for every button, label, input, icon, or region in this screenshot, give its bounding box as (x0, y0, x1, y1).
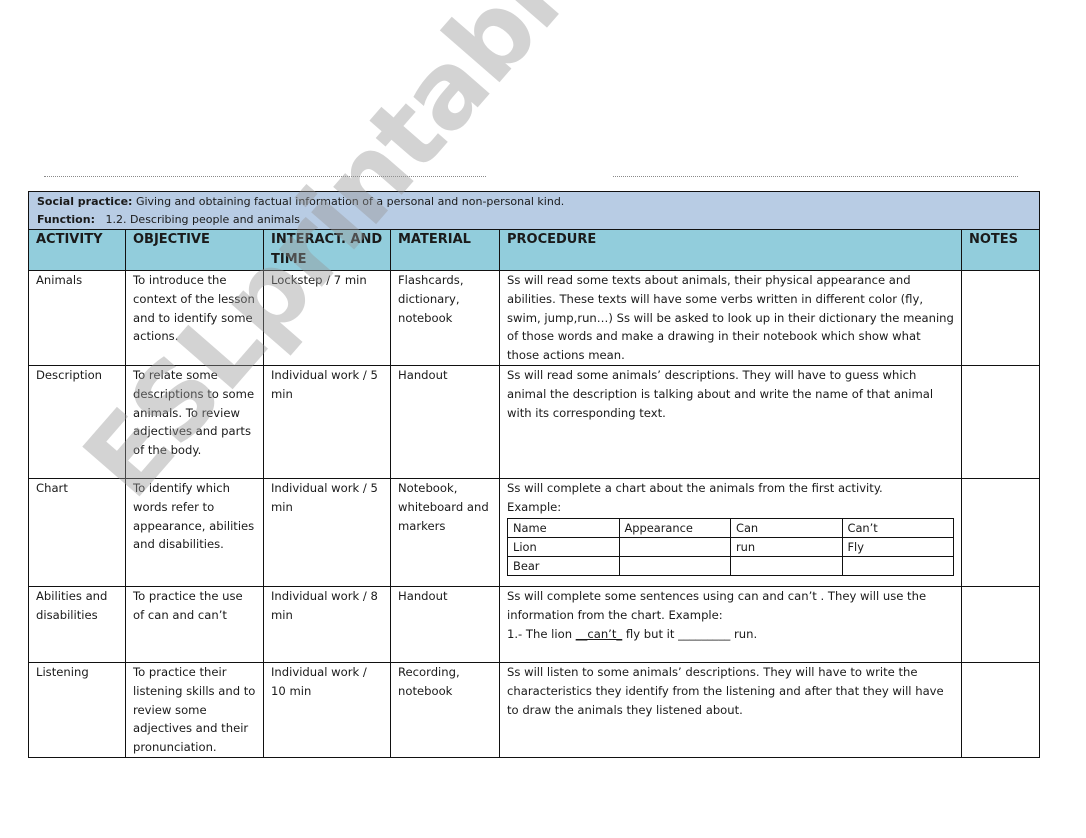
procedure-text: Ss will complete a chart about the anima… (507, 479, 954, 498)
example-chart-header-row: Name Appearance Can Can’t (508, 518, 954, 537)
notes-cell (962, 366, 1040, 479)
procedure-example-sentence: 1.- The lion __can’t_ fly but it _______… (507, 625, 954, 644)
procedure-cell: Ss will read some animals’ descriptions.… (500, 366, 962, 479)
example-suffix: run. (730, 627, 757, 641)
example-chart-table: Name Appearance Can Can’t Lion run Fly B… (507, 518, 954, 576)
procedure-text: Ss will complete some sentences using ca… (507, 587, 954, 625)
material-cell: Handout (391, 587, 500, 663)
signature-line-right (613, 176, 1018, 177)
example-chart-header: Can (731, 518, 843, 537)
example-chart-header: Name (508, 518, 620, 537)
example-blank: _________ (678, 627, 730, 641)
notes-cell (962, 271, 1040, 366)
example-answer: __can’t_ (576, 627, 622, 641)
interaction-time-cell: Individual work / 5 min (264, 479, 391, 587)
material-cell: Recording, notebook (391, 663, 500, 758)
procedure-cell: Ss will complete a chart about the anima… (500, 479, 962, 587)
procedure-example-label: Example: (507, 498, 954, 517)
column-header-interaction-time: INTERACT. AND TIME (264, 230, 391, 271)
procedure-cell: Ss will listen to some animals’ descript… (500, 663, 962, 758)
example-chart-cell: Fly (842, 537, 954, 556)
example-chart-cell (731, 556, 843, 575)
notes-cell (962, 663, 1040, 758)
example-chart-cell (619, 537, 731, 556)
objective-cell: To identify which words refer to appeara… (126, 479, 264, 587)
function-text: 1.2. Describing people and animals (105, 213, 300, 226)
example-chart-row: Lion run Fly (508, 537, 954, 556)
table-row: Description To relate some descriptions … (29, 366, 1040, 479)
example-chart-cell (842, 556, 954, 575)
signature-line-left (44, 176, 486, 177)
notes-cell (962, 479, 1040, 587)
social-practice-cell: Social practice: Giving and obtaining fa… (29, 192, 1040, 230)
column-header-procedure: PROCEDURE (500, 230, 962, 271)
procedure-cell: Ss will read some texts about animals, t… (500, 271, 962, 366)
procedure-cell: Ss will complete some sentences using ca… (500, 587, 962, 663)
activity-cell: Animals (29, 271, 126, 366)
example-chart-cell: Lion (508, 537, 620, 556)
example-chart-header: Appearance (619, 518, 731, 537)
column-header-row: ACTIVITY OBJECTIVE INTERACT. AND TIME MA… (29, 230, 1040, 271)
table-row: Chart To identify which words refer to a… (29, 479, 1040, 587)
example-chart-cell (619, 556, 731, 575)
column-header-material: MATERIAL (391, 230, 500, 271)
social-practice-text: Giving and obtaining factual information… (136, 195, 564, 208)
table-row: Listening To practice their listening sk… (29, 663, 1040, 758)
interaction-time-cell: Individual work / 5 min (264, 366, 391, 479)
example-prefix: 1.- The lion (507, 627, 576, 641)
social-practice-line: Social practice: Giving and obtaining fa… (37, 193, 1031, 211)
lesson-plan-table: Social practice: Giving and obtaining fa… (28, 191, 1040, 758)
example-chart-cell: run (731, 537, 843, 556)
column-header-notes: NOTES (962, 230, 1040, 271)
material-cell: Notebook, whiteboard and markers (391, 479, 500, 587)
objective-cell: To practice the use of can and can’t (126, 587, 264, 663)
table-row: Abilities and disabilities To practice t… (29, 587, 1040, 663)
activity-cell: Chart (29, 479, 126, 587)
example-chart-header: Can’t (842, 518, 954, 537)
example-chart-row: Bear (508, 556, 954, 575)
column-header-activity: ACTIVITY (29, 230, 126, 271)
interaction-time-cell: Individual work / 10 min (264, 663, 391, 758)
example-chart-cell: Bear (508, 556, 620, 575)
function-label: Function: (37, 213, 95, 226)
notes-cell (962, 587, 1040, 663)
objective-cell: To relate some descriptions to some anim… (126, 366, 264, 479)
interaction-time-cell: Individual work / 8 min (264, 587, 391, 663)
activity-cell: Abilities and disabilities (29, 587, 126, 663)
activity-cell: Description (29, 366, 126, 479)
activity-cell: Listening (29, 663, 126, 758)
material-cell: Handout (391, 366, 500, 479)
objective-cell: To introduce the context of the lesson a… (126, 271, 264, 366)
column-header-objective: OBJECTIVE (126, 230, 264, 271)
example-middle: fly but it (622, 627, 678, 641)
social-practice-row: Social practice: Giving and obtaining fa… (29, 192, 1040, 230)
material-cell: Flashcards, dictionary, notebook (391, 271, 500, 366)
interaction-time-cell: Lockstep / 7 min (264, 271, 391, 366)
function-line: Function: 1.2. Describing people and ani… (37, 211, 1031, 229)
objective-cell: To practice their listening skills and t… (126, 663, 264, 758)
social-practice-label: Social practice: (37, 195, 132, 208)
table-row: Animals To introduce the context of the … (29, 271, 1040, 366)
